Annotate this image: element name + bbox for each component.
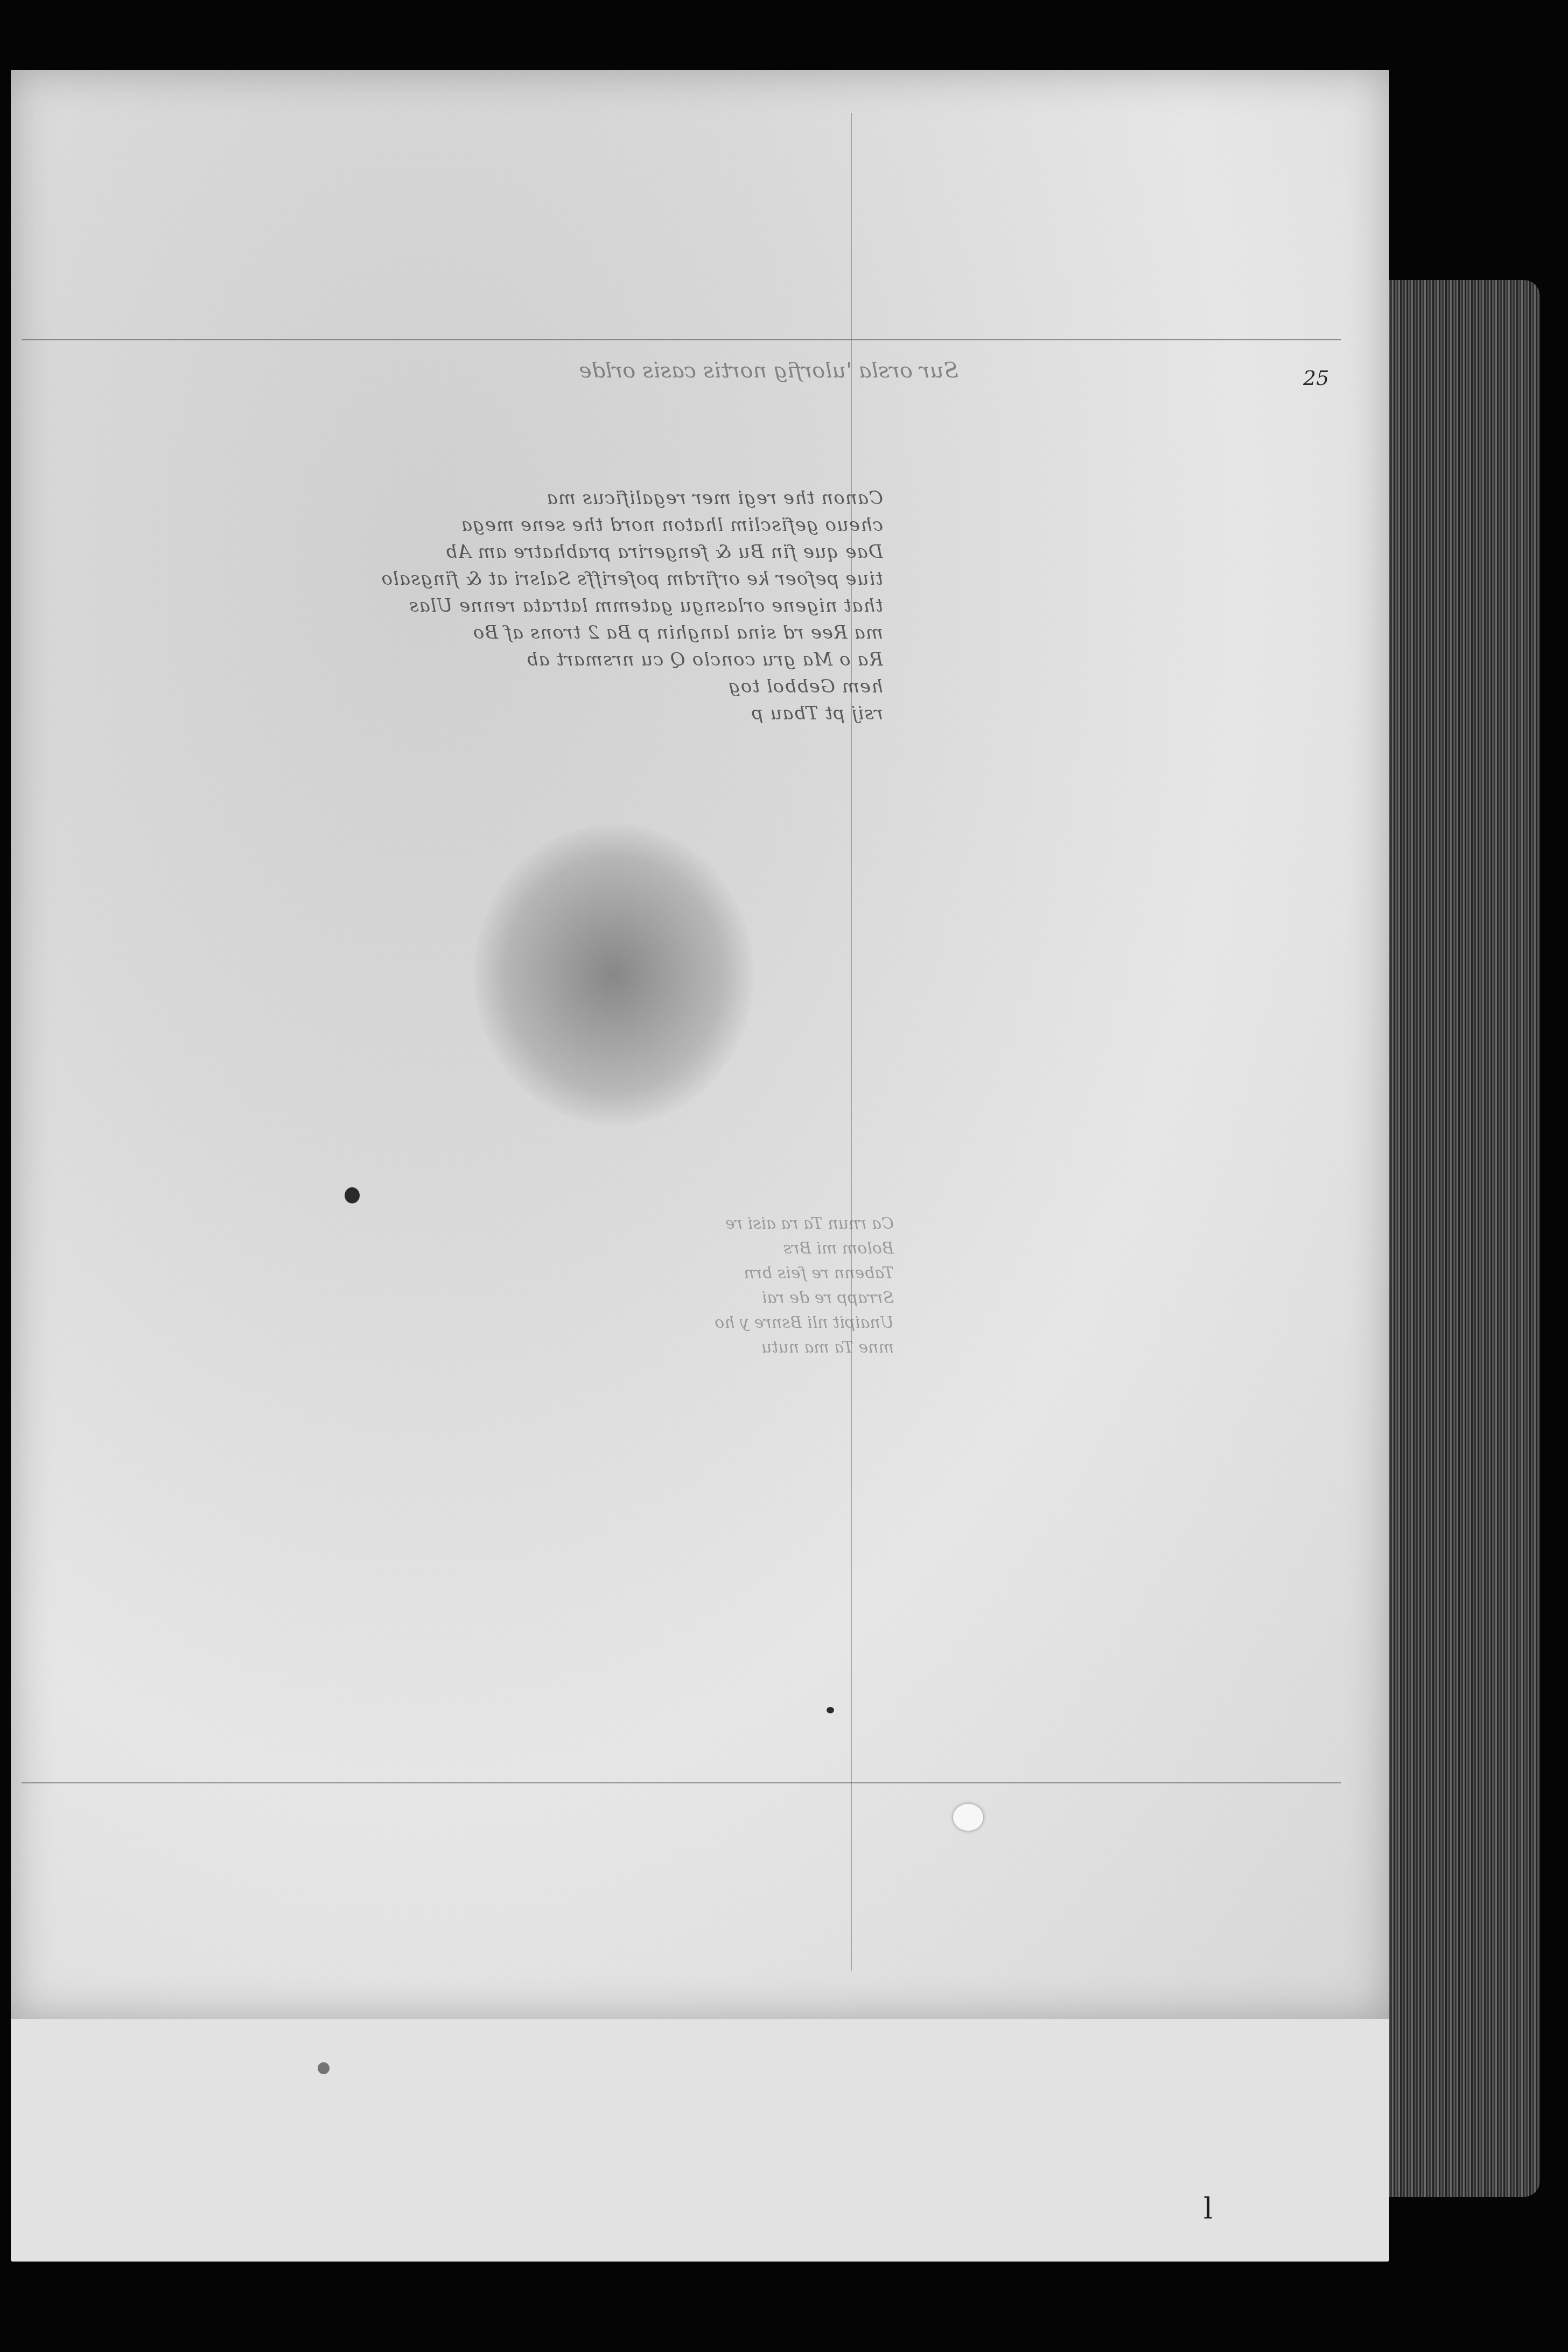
faint-show-through-block: Ca rnun Ta ra aisi re Bolom mi Brs Taben… xyxy=(140,1212,894,1360)
text-line: Tabenn re feis brn xyxy=(140,1261,894,1286)
text-line: rsij pt Tbau p xyxy=(140,700,883,727)
text-line: Unaipit nli Bsnre y ho xyxy=(140,1311,894,1335)
ruling-line xyxy=(22,339,1341,340)
text-line: that nigene orlasngu gatemm latrata renn… xyxy=(140,592,883,619)
text-line: ma Ree rd sina langhin p Ba 2 trons af B… xyxy=(140,619,883,646)
mirrored-running-heading: Sur orsla 'ulorfig nortis casis orlde xyxy=(151,358,958,383)
text-line: Ca rnun Ta ra aisi re xyxy=(140,1212,894,1236)
text-line: tiue pefoer ke orfirdm poferiffs Salsri … xyxy=(140,565,883,592)
ink-speck xyxy=(345,1187,360,1203)
text-line: mne Ta ma nutu xyxy=(140,1335,894,1360)
text-line: Ra o Ma gru conclo Q cu nrsmart ab xyxy=(140,646,883,673)
text-line: Bolom mi Brs xyxy=(140,1236,894,1261)
book-fore-edge xyxy=(1384,280,1540,2197)
ink-speck xyxy=(318,2062,330,2074)
folio-number: 25 xyxy=(1303,366,1329,390)
text-line: cheuo gefisclim lhaton nord the sene meg… xyxy=(140,512,883,538)
ink-speck xyxy=(827,1707,834,1713)
text-line: Srrapp re de rai xyxy=(140,1286,894,1311)
water-stain xyxy=(474,824,754,1125)
show-through-text-block: Canon the regi mer regalificus ma cheuo … xyxy=(140,485,883,727)
text-line: hem Gebbol tog xyxy=(140,673,883,700)
ruling-line-vertical xyxy=(851,113,852,1971)
ruling-line xyxy=(22,1782,1341,1783)
bottom-mark: l xyxy=(1203,2192,1213,2225)
text-line: Canon the regi mer regalificus ma xyxy=(140,485,883,512)
parchment-hole xyxy=(953,1804,983,1831)
text-line: Dae que fin Bu & fengerira prabhatre am … xyxy=(140,538,883,565)
